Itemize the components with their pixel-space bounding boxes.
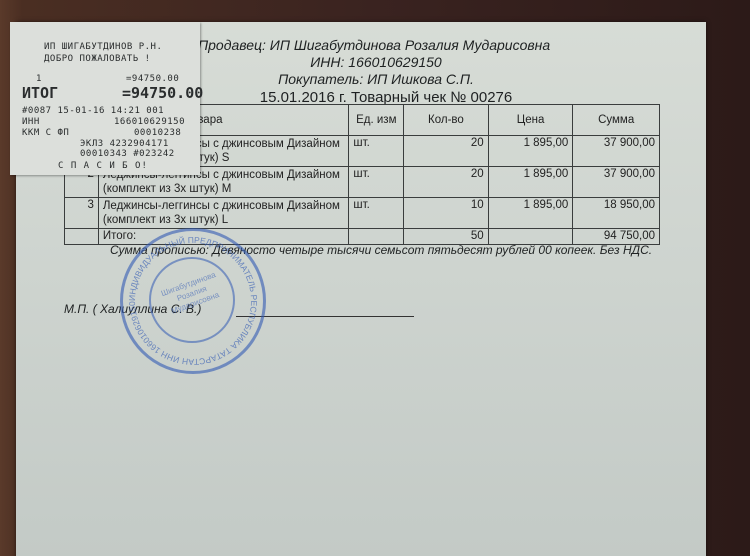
item-sum: 37 900,00: [573, 136, 660, 167]
col-price: Цена: [488, 105, 573, 136]
slip-kkm-value: 00010238: [134, 128, 181, 138]
col-qty: Кол-во: [404, 105, 489, 136]
slip-doc-number: 00010343 #023242: [80, 149, 175, 159]
slip-datetime: #0087 15-01-16 14:21 001: [22, 106, 164, 116]
item-sum: 18 950,00: [573, 198, 660, 229]
cash-receipt-slip: ИП ШИГАБУТДИНОВ Р.Н. ДОБРО ПОЖАЛОВАТЬ ! …: [10, 22, 200, 175]
table-row: 3 Леджинсы-леггинсы с джинсовым Дизайном…: [65, 198, 660, 229]
slip-total-value: =94750.00: [122, 84, 203, 102]
item-price: 1 895,00: [488, 136, 573, 167]
inn-line: ИНН: 166010629150: [226, 54, 526, 70]
slip-thanks: С П А С И Б О!: [58, 161, 148, 171]
slip-total-label: ИТОГ: [22, 84, 58, 102]
col-unit: Ед. изм: [349, 105, 404, 136]
item-unit: шт.: [349, 167, 404, 198]
slip-shop-name: ИП ШИГАБУТДИНОВ Р.Н.: [44, 42, 162, 52]
slip-kkm-label: ККМ С ФП: [22, 128, 69, 138]
slip-item-count: 1: [36, 74, 42, 84]
item-qty: 20: [404, 136, 489, 167]
item-price: 1 895,00: [488, 167, 573, 198]
slip-inn-label: ИНН: [22, 117, 40, 127]
buyer-line: Покупатель: ИП Ишкова С.П.: [226, 71, 526, 87]
item-unit: шт.: [349, 198, 404, 229]
slip-eklz: ЭКЛЗ 4232904171: [80, 139, 169, 149]
seller-line: Продавец: ИП Шигабутдинова Розалия Мудар…: [190, 37, 578, 53]
item-price: 1 895,00: [488, 198, 573, 229]
slip-welcome: ДОБРО ПОЖАЛОВАТЬ !: [44, 54, 151, 64]
col-sum: Сумма: [573, 105, 660, 136]
row-no: 3: [65, 198, 99, 229]
slip-inn-value: 166010629150: [114, 117, 185, 127]
item-name: Леджинсы-леггинсы с джинсовым Дизайном (…: [98, 198, 349, 229]
item-qty: 20: [404, 167, 489, 198]
item-unit: шт.: [349, 136, 404, 167]
item-sum: 37 900,00: [573, 167, 660, 198]
seal-stamp: ИНДИВИДУАЛЬНЫЙ ПРЕДПРИНИМАТЕЛЬ РЕСПУБЛИК…: [120, 228, 266, 374]
slip-subtotal: =94750.00: [126, 74, 179, 84]
item-qty: 10: [404, 198, 489, 229]
